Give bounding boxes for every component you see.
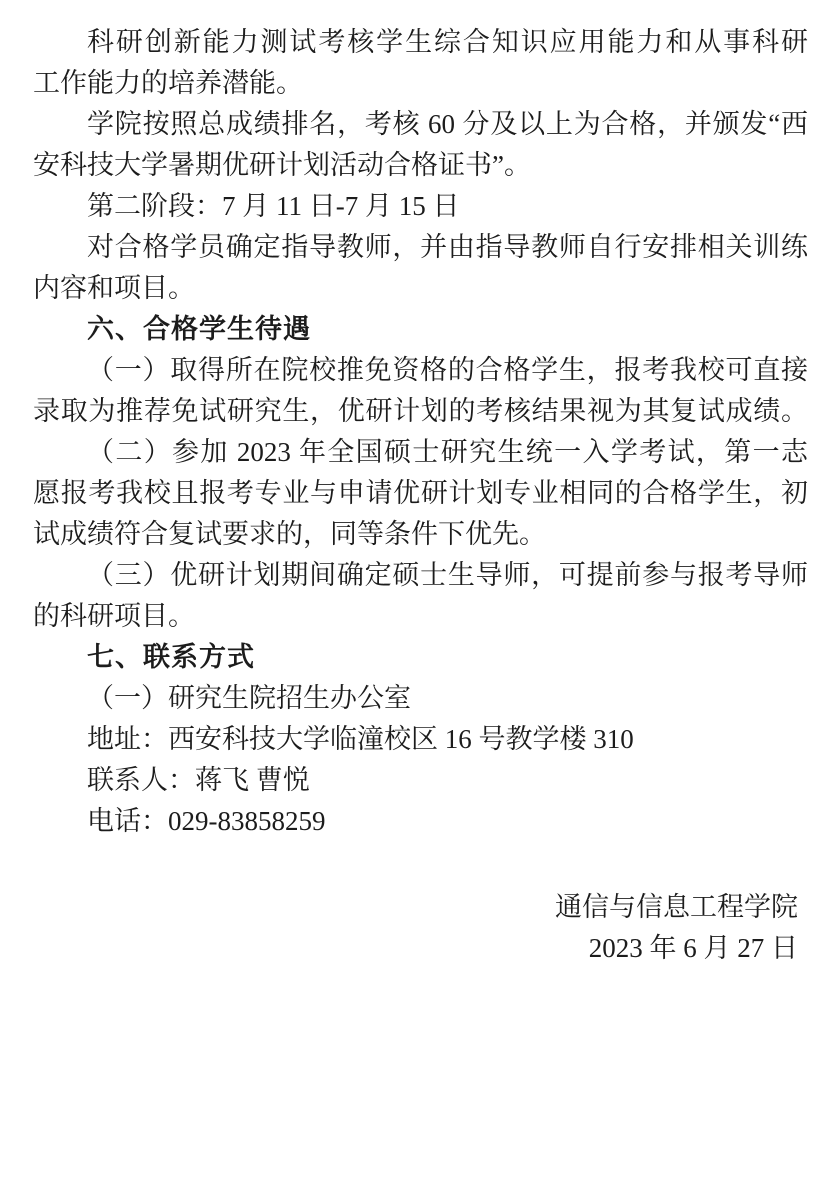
- text-line: （二）参加 2023 年全国硕士研究生统一入学考试，第一志: [33, 432, 808, 473]
- signature-date: 2023 年 6 月 27 日: [33, 928, 808, 969]
- text-line: （三）优研计划期间确定硕士生导师，可提前参与报考导师: [33, 555, 808, 596]
- text-line: 工作能力的培养潜能。: [33, 63, 808, 104]
- section-heading: 七、联系方式: [33, 637, 808, 678]
- text-line: （一）研究生院招生办公室: [33, 678, 808, 719]
- text-line: （一）取得所在院校推免资格的合格学生，报考我校可直接: [33, 350, 808, 391]
- text-line: 联系人：蒋飞 曹悦: [33, 760, 808, 801]
- text-line: 愿报考我校且报考专业与申请优研计划专业相同的合格学生，初: [33, 473, 808, 514]
- text-line: 科研创新能力测试考核学生综合知识应用能力和从事科研: [33, 22, 808, 63]
- text-line: 地址：西安科技大学临潼校区 16 号教学楼 310: [33, 719, 808, 760]
- section-heading: 六、合格学生待遇: [33, 309, 808, 350]
- text-line: 电话：029-83858259: [33, 801, 808, 842]
- document-page: 科研创新能力测试考核学生综合知识应用能力和从事科研 工作能力的培养潜能。 学院按…: [0, 0, 822, 1200]
- text-line: 第二阶段：7 月 11 日-7 月 15 日: [33, 186, 808, 227]
- text-line: 的科研项目。: [33, 596, 808, 637]
- text-line: 学院按照总成绩排名，考核 60 分及以上为合格，并颁发“西: [33, 104, 808, 145]
- text-line: 录取为推荐免试研究生，优研计划的考核结果视为其复试成绩。: [33, 391, 808, 432]
- signature-organization: 通信与信息工程学院: [33, 887, 808, 928]
- text-line: 安科技大学暑期优研计划活动合格证书”。: [33, 145, 808, 186]
- blank-line: [33, 842, 808, 887]
- text-line: 内容和项目。: [33, 268, 808, 309]
- text-line: 对合格学员确定指导教师，并由指导教师自行安排相关训练: [33, 227, 808, 268]
- text-line: 试成绩符合复试要求的，同等条件下优先。: [33, 514, 808, 555]
